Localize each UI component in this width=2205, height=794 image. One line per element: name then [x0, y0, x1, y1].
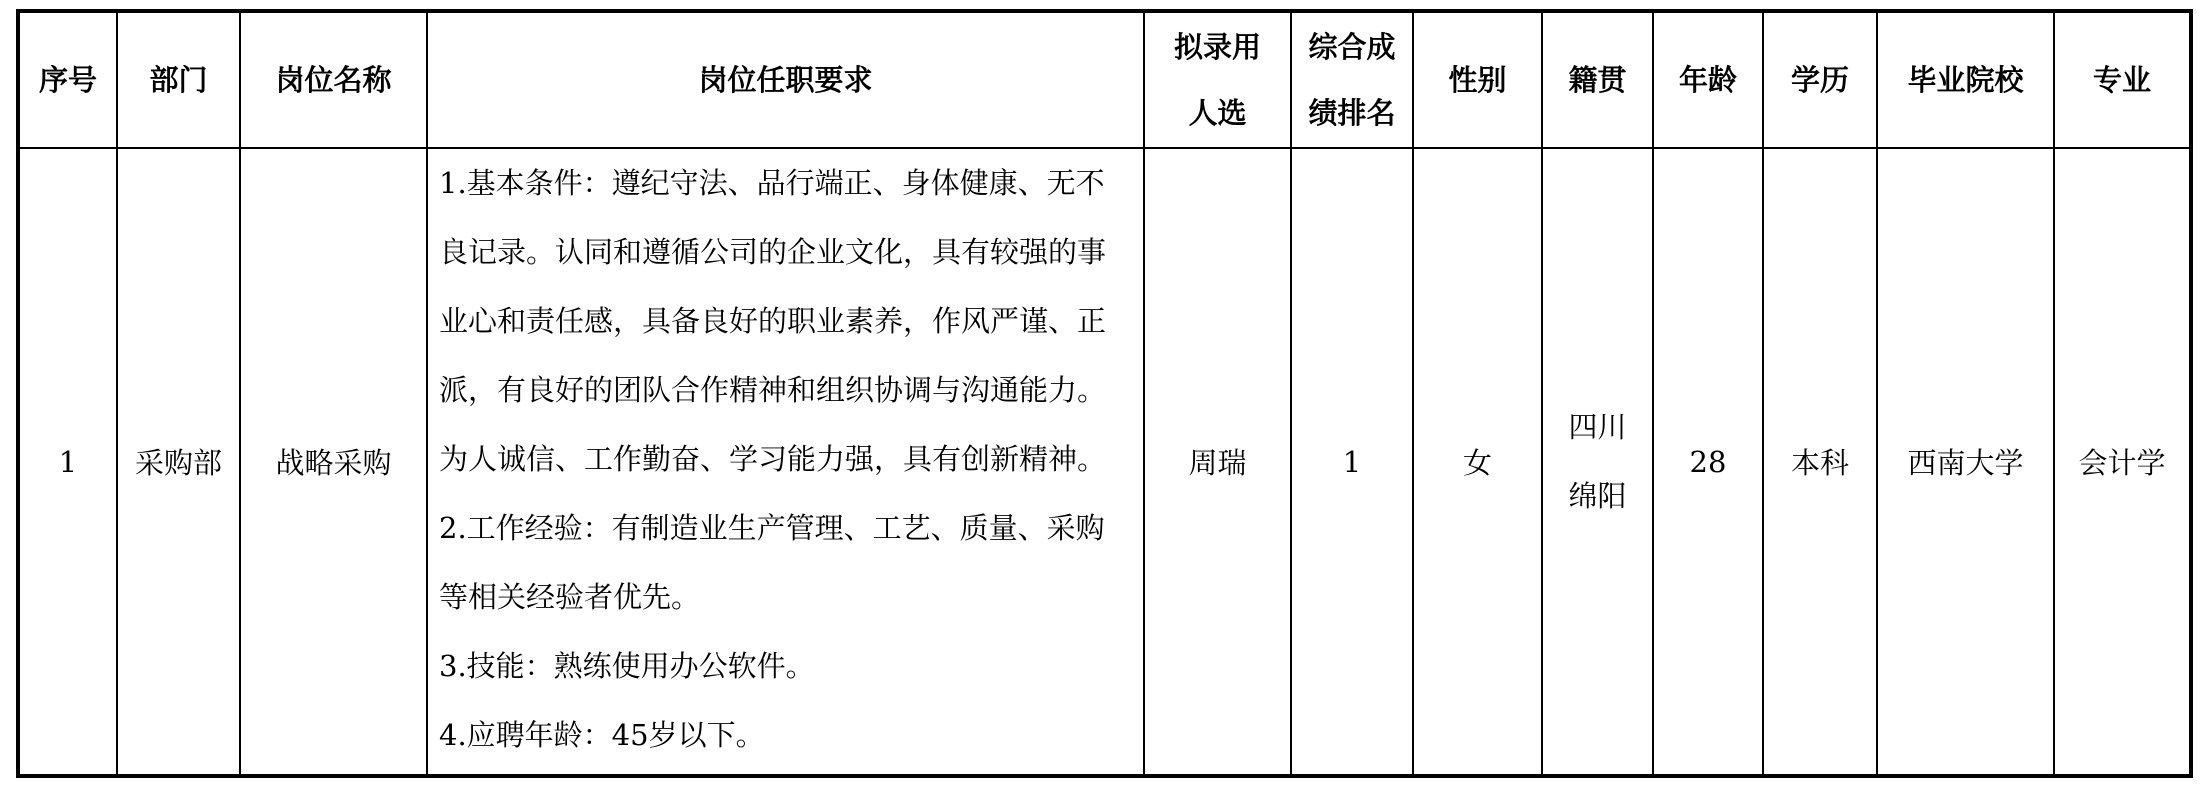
cell-age: 28: [1653, 148, 1763, 776]
table-row: 1 采购部 战略采购 1.基本条件：遵纪守法、品行端正、身体健康、无不 良记录。…: [18, 148, 2191, 776]
cell-native-place: 四川 绵阳: [1542, 148, 1653, 776]
cell-gender: 女: [1413, 148, 1542, 776]
requirements-line: 2.工作经验：有制造业生产管理、工艺、质量、采购: [439, 494, 1135, 563]
header-row: 序号 部门 岗位名称 岗位任职要求 拟录用 人选 综合成 绩排名 性别 籍贯 年…: [18, 11, 2191, 148]
col-header-native-place: 籍贯: [1542, 11, 1653, 148]
document-page: 序号 部门 岗位名称 岗位任职要求 拟录用 人选 综合成 绩排名 性别 籍贯 年…: [0, 0, 2205, 794]
col-header-gender: 性别: [1413, 11, 1542, 148]
cell-school: 西南大学: [1877, 148, 2054, 776]
recruitment-table: 序号 部门 岗位名称 岗位任职要求 拟录用 人选 综合成 绩排名 性别 籍贯 年…: [16, 9, 2193, 778]
native-place-line1: 四川: [1543, 393, 1652, 462]
requirements-line: 派，有良好的团队合作精神和组织协调与沟通能力。: [439, 356, 1135, 425]
native-place-line2: 绵阳: [1543, 462, 1652, 531]
cell-candidate: 周瑞: [1144, 148, 1291, 776]
col-header-rank-line1: 综合成: [1292, 14, 1412, 80]
cell-requirements: 1.基本条件：遵纪守法、品行端正、身体健康、无不 良记录。认同和遵循公司的企业文…: [427, 148, 1144, 776]
cell-major: 会计学: [2054, 148, 2191, 776]
requirements-line: 为人诚信、工作勤奋、学习能力强，具有创新精神。: [439, 425, 1135, 494]
col-header-position: 岗位名称: [240, 11, 427, 148]
col-header-major: 专业: [2054, 11, 2191, 148]
cell-education: 本科: [1763, 148, 1877, 776]
cell-index: 1: [18, 148, 117, 776]
col-header-school: 毕业院校: [1877, 11, 2054, 148]
cell-position: 战略采购: [240, 148, 427, 776]
requirements-line: 1.基本条件：遵纪守法、品行端正、身体健康、无不: [439, 149, 1135, 218]
requirements-line: 4.应聘年龄：45岁以下。: [439, 701, 1135, 770]
requirements-line: 等相关经验者优先。: [439, 563, 1135, 632]
col-header-age: 年龄: [1653, 11, 1763, 148]
col-header-index: 序号: [18, 11, 117, 148]
col-header-rank: 综合成 绩排名: [1291, 11, 1413, 148]
requirements-line: 业心和责任感，具备良好的职业素养，作风严谨、正: [439, 287, 1135, 356]
col-header-education: 学历: [1763, 11, 1877, 148]
col-header-rank-line2: 绩排名: [1292, 80, 1412, 146]
col-header-requirements: 岗位任职要求: [427, 11, 1144, 148]
cell-department: 采购部: [117, 148, 240, 776]
col-header-candidate-line2: 人选: [1145, 80, 1290, 146]
cell-rank: 1: [1291, 148, 1413, 776]
col-header-candidate: 拟录用 人选: [1144, 11, 1291, 148]
requirements-line: 3.技能：熟练使用办公软件。: [439, 632, 1135, 701]
col-header-department: 部门: [117, 11, 240, 148]
col-header-candidate-line1: 拟录用: [1145, 14, 1290, 80]
requirements-line: 良记录。认同和遵循公司的企业文化，具有较强的事: [439, 218, 1135, 287]
